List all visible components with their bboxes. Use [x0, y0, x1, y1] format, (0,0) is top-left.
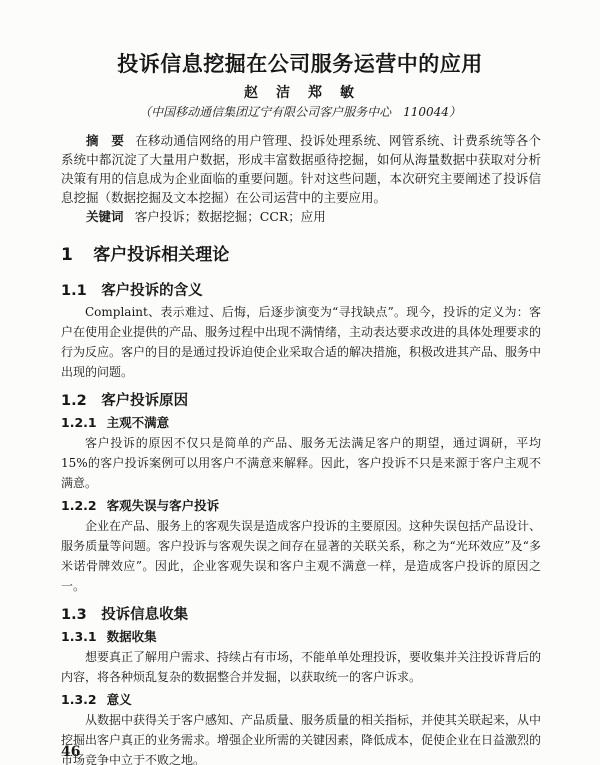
keywords-line: 关键词客户投诉；数据挖掘；CCR；应用: [61, 207, 541, 226]
section-1-number: 1: [61, 245, 73, 265]
paper-authors: 赵 洁 郑 敏: [0, 85, 600, 102]
section-1-3-1-number: 1.3.1: [61, 629, 97, 644]
section-1-3-1-heading: 1.3.1数据收集: [61, 629, 541, 645]
section-1-3-2-paragraph: 从数据中获得关于客户感知、产品质量、服务质量的相关指标，并使其关联起来，从中挖掘…: [61, 710, 541, 765]
section-1-3-heading: 1.3投诉信息收集: [61, 606, 541, 624]
section-1-2-1-paragraph: 客户投诉的原因不仅只是简单的产品、服务无法满足客户的期望，通过调研，平均15%的…: [61, 433, 541, 493]
abstract-label: 摘 要: [86, 133, 124, 148]
section-1-2-heading: 1.2客户投诉原因: [61, 392, 541, 410]
page-number: 46: [61, 744, 80, 760]
section-1-2-1-number: 1.2.1: [61, 415, 97, 430]
abstract-text: 在移动通信网络的用户管理、投诉处理系统、网管系统、计费系统等各个系统中都沉淀了大…: [61, 133, 541, 205]
section-1-3-number: 1.3: [61, 607, 87, 623]
section-1-2-2-title: 客观失误与客户投诉: [107, 498, 220, 513]
paper-title: 投诉信息挖掘在公司服务运营中的应用: [55, 50, 545, 78]
keywords-text: 客户投诉；数据挖掘；CCR；应用: [135, 209, 326, 224]
section-1-2-2-heading: 1.2.2客观失误与客户投诉: [61, 498, 541, 514]
keywords-label: 关键词: [86, 209, 124, 224]
section-1-2-number: 1.2: [61, 393, 87, 409]
section-1-1-number: 1.1: [61, 283, 87, 299]
abstract-paragraph: 摘 要在移动通信网络的用户管理、投诉处理系统、网管系统、计费系统等各个系统中都沉…: [61, 131, 541, 207]
section-1-3-1-paragraph: 想要真正了解用户需求、持续占有市场，不能单单处理投诉，要收集并关注投诉背后的内容…: [61, 647, 541, 687]
paper-affiliation: （中国移动通信集团辽宁有限公司客户服务中心 110044）: [0, 105, 600, 120]
section-1-heading: 1客户投诉相关理论: [61, 244, 541, 266]
section-1-2-1-heading: 1.2.1主观不满意: [61, 415, 541, 431]
section-1-3-2-title: 意义: [107, 692, 132, 707]
section-1-1-title: 客户投诉的含义: [101, 283, 203, 299]
section-1-3-1-title: 数据收集: [107, 629, 157, 644]
section-1-title: 客户投诉相关理论: [93, 245, 229, 265]
section-1-1-heading: 1.1客户投诉的含义: [61, 282, 541, 300]
section-1-2-title: 客户投诉原因: [101, 393, 188, 409]
section-1-2-1-title: 主观不满意: [107, 415, 170, 430]
section-1-3-title: 投诉信息收集: [101, 607, 188, 623]
section-1-1-paragraph: Complaint、表示难过、后悔，后逐步演变为“寻找缺点”。现今，投诉的定义为…: [61, 302, 541, 382]
scanned-paper-page: 投诉信息挖掘在公司服务运营中的应用 赵 洁 郑 敏 （中国移动通信集团辽宁有限公…: [0, 0, 600, 765]
section-1-3-2-number: 1.3.2: [61, 692, 97, 707]
section-1-3-2-heading: 1.3.2意义: [61, 692, 541, 708]
section-1-2-2-number: 1.2.2: [61, 498, 97, 513]
section-1-2-2-paragraph: 企业在产品、服务上的客观失误是造成客户投诉的主要原因。这种失误包括产品设计、服务…: [61, 516, 541, 596]
